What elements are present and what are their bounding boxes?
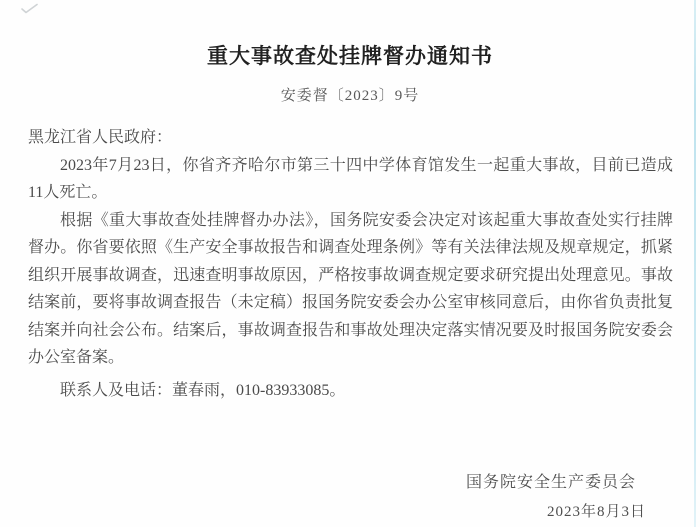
contact-line: 联系人及电话：董春雨，010-83933085。 xyxy=(28,377,673,405)
salutation-line: 黑龙江省人民政府： xyxy=(28,124,673,152)
scan-artifact-mark xyxy=(21,3,39,15)
document-title: 重大事故查处挂牌督办通知书 xyxy=(0,40,700,70)
issuer-signature: 国务院安全生产委员会 xyxy=(466,469,636,492)
notice-document-page: 重大事故查处挂牌督办通知书 安委督〔2023〕9号 黑龙江省人民政府： 2023… xyxy=(0,0,700,527)
paragraph-accident-description: 2023年7月23日，你省齐齐哈尔市第三十四中学体育馆发生一起重大事故，目前已造… xyxy=(28,152,673,207)
document-body: 黑龙江省人民政府： 2023年7月23日，你省齐齐哈尔市第三十四中学体育馆发生一… xyxy=(28,124,673,404)
issue-date: 2023年8月3日 xyxy=(547,500,646,521)
document-number: 安委督〔2023〕9号 xyxy=(0,84,700,105)
scan-edge-line xyxy=(694,0,696,527)
paragraph-supervision-requirements: 根据《重大事故查处挂牌督办办法》，国务院安委会决定对该起重大事故查处实行挂牌督办… xyxy=(28,207,673,372)
